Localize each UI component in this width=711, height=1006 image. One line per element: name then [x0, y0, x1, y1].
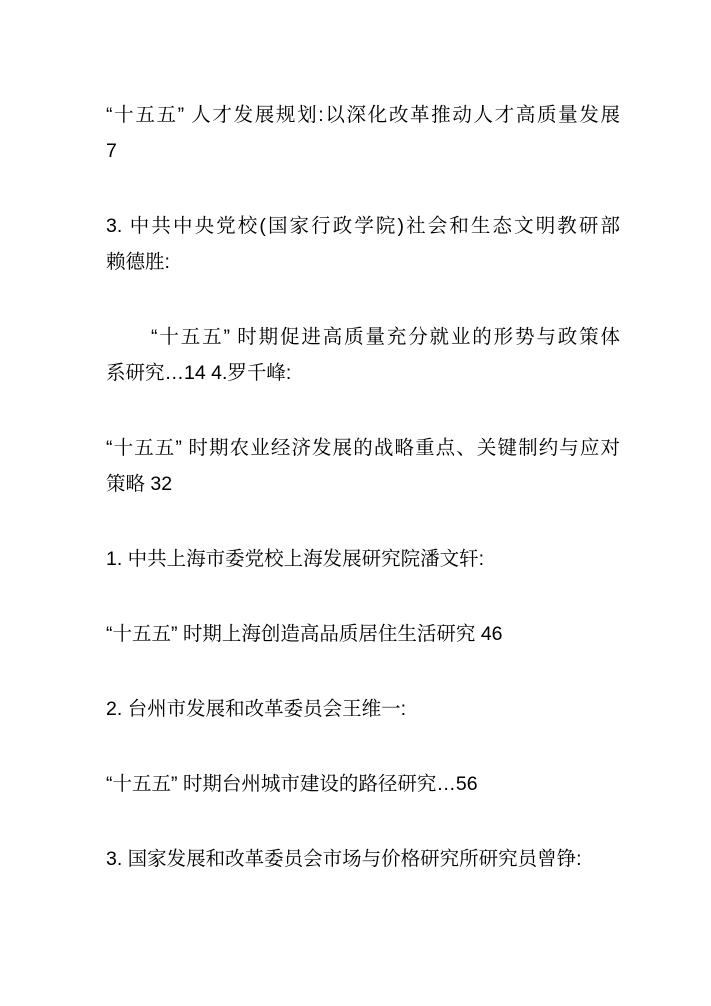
text-line: “十五五” 时期农业经济发展的战略重点、关键制约与应对 — [106, 430, 620, 466]
paragraph: 1. 中共上海市委党校上海发展研究院潘文轩: — [106, 541, 620, 577]
paragraph: “十五五” 人才发展规划:以深化改革推动人才高质量发展7 — [106, 97, 620, 169]
text-line: “十五五” 时期促进高质量充分就业的形势与政策体 — [106, 319, 620, 355]
text-line: 2. 台州市发展和改革委员会王维一: — [106, 691, 620, 727]
paragraph: “十五五” 时期促进高质量充分就业的形势与政策体系研究…14 4.罗千峰: — [106, 319, 620, 391]
text-line: “十五五” 时期上海创造高品质居住生活研究 46 — [106, 616, 620, 652]
text-line: 3. 国家发展和改革委员会市场与价格研究所研究员曾铮: — [106, 841, 620, 877]
text-line: 7 — [106, 133, 620, 169]
text-line: 系研究…14 4.罗千峰: — [106, 355, 620, 391]
paragraph: “十五五” 时期上海创造高品质居住生活研究 46 — [106, 616, 620, 652]
document-page: “十五五” 人才发展规划:以深化改革推动人才高质量发展73. 中共中央党校(国家… — [0, 0, 711, 1006]
text-line: 3. 中共中央党校(国家行政学院)社会和生态文明教研部 — [106, 208, 620, 244]
text-line: “十五五” 时期台州城市建设的路径研究…56 — [106, 766, 620, 802]
paragraph: 3. 国家发展和改革委员会市场与价格研究所研究员曾铮: — [106, 841, 620, 877]
paragraph: “十五五” 时期台州城市建设的路径研究…56 — [106, 766, 620, 802]
text-line: 策略 32 — [106, 466, 620, 502]
text-line: 1. 中共上海市委党校上海发展研究院潘文轩: — [106, 541, 620, 577]
paragraph: 2. 台州市发展和改革委员会王维一: — [106, 691, 620, 727]
text-line: “十五五” 人才发展规划:以深化改革推动人才高质量发展 — [106, 97, 620, 133]
text-line: 赖德胜: — [106, 244, 620, 280]
paragraph: “十五五” 时期农业经济发展的战略重点、关键制约与应对策略 32 — [106, 430, 620, 502]
paragraph: 3. 中共中央党校(国家行政学院)社会和生态文明教研部赖德胜: — [106, 208, 620, 280]
